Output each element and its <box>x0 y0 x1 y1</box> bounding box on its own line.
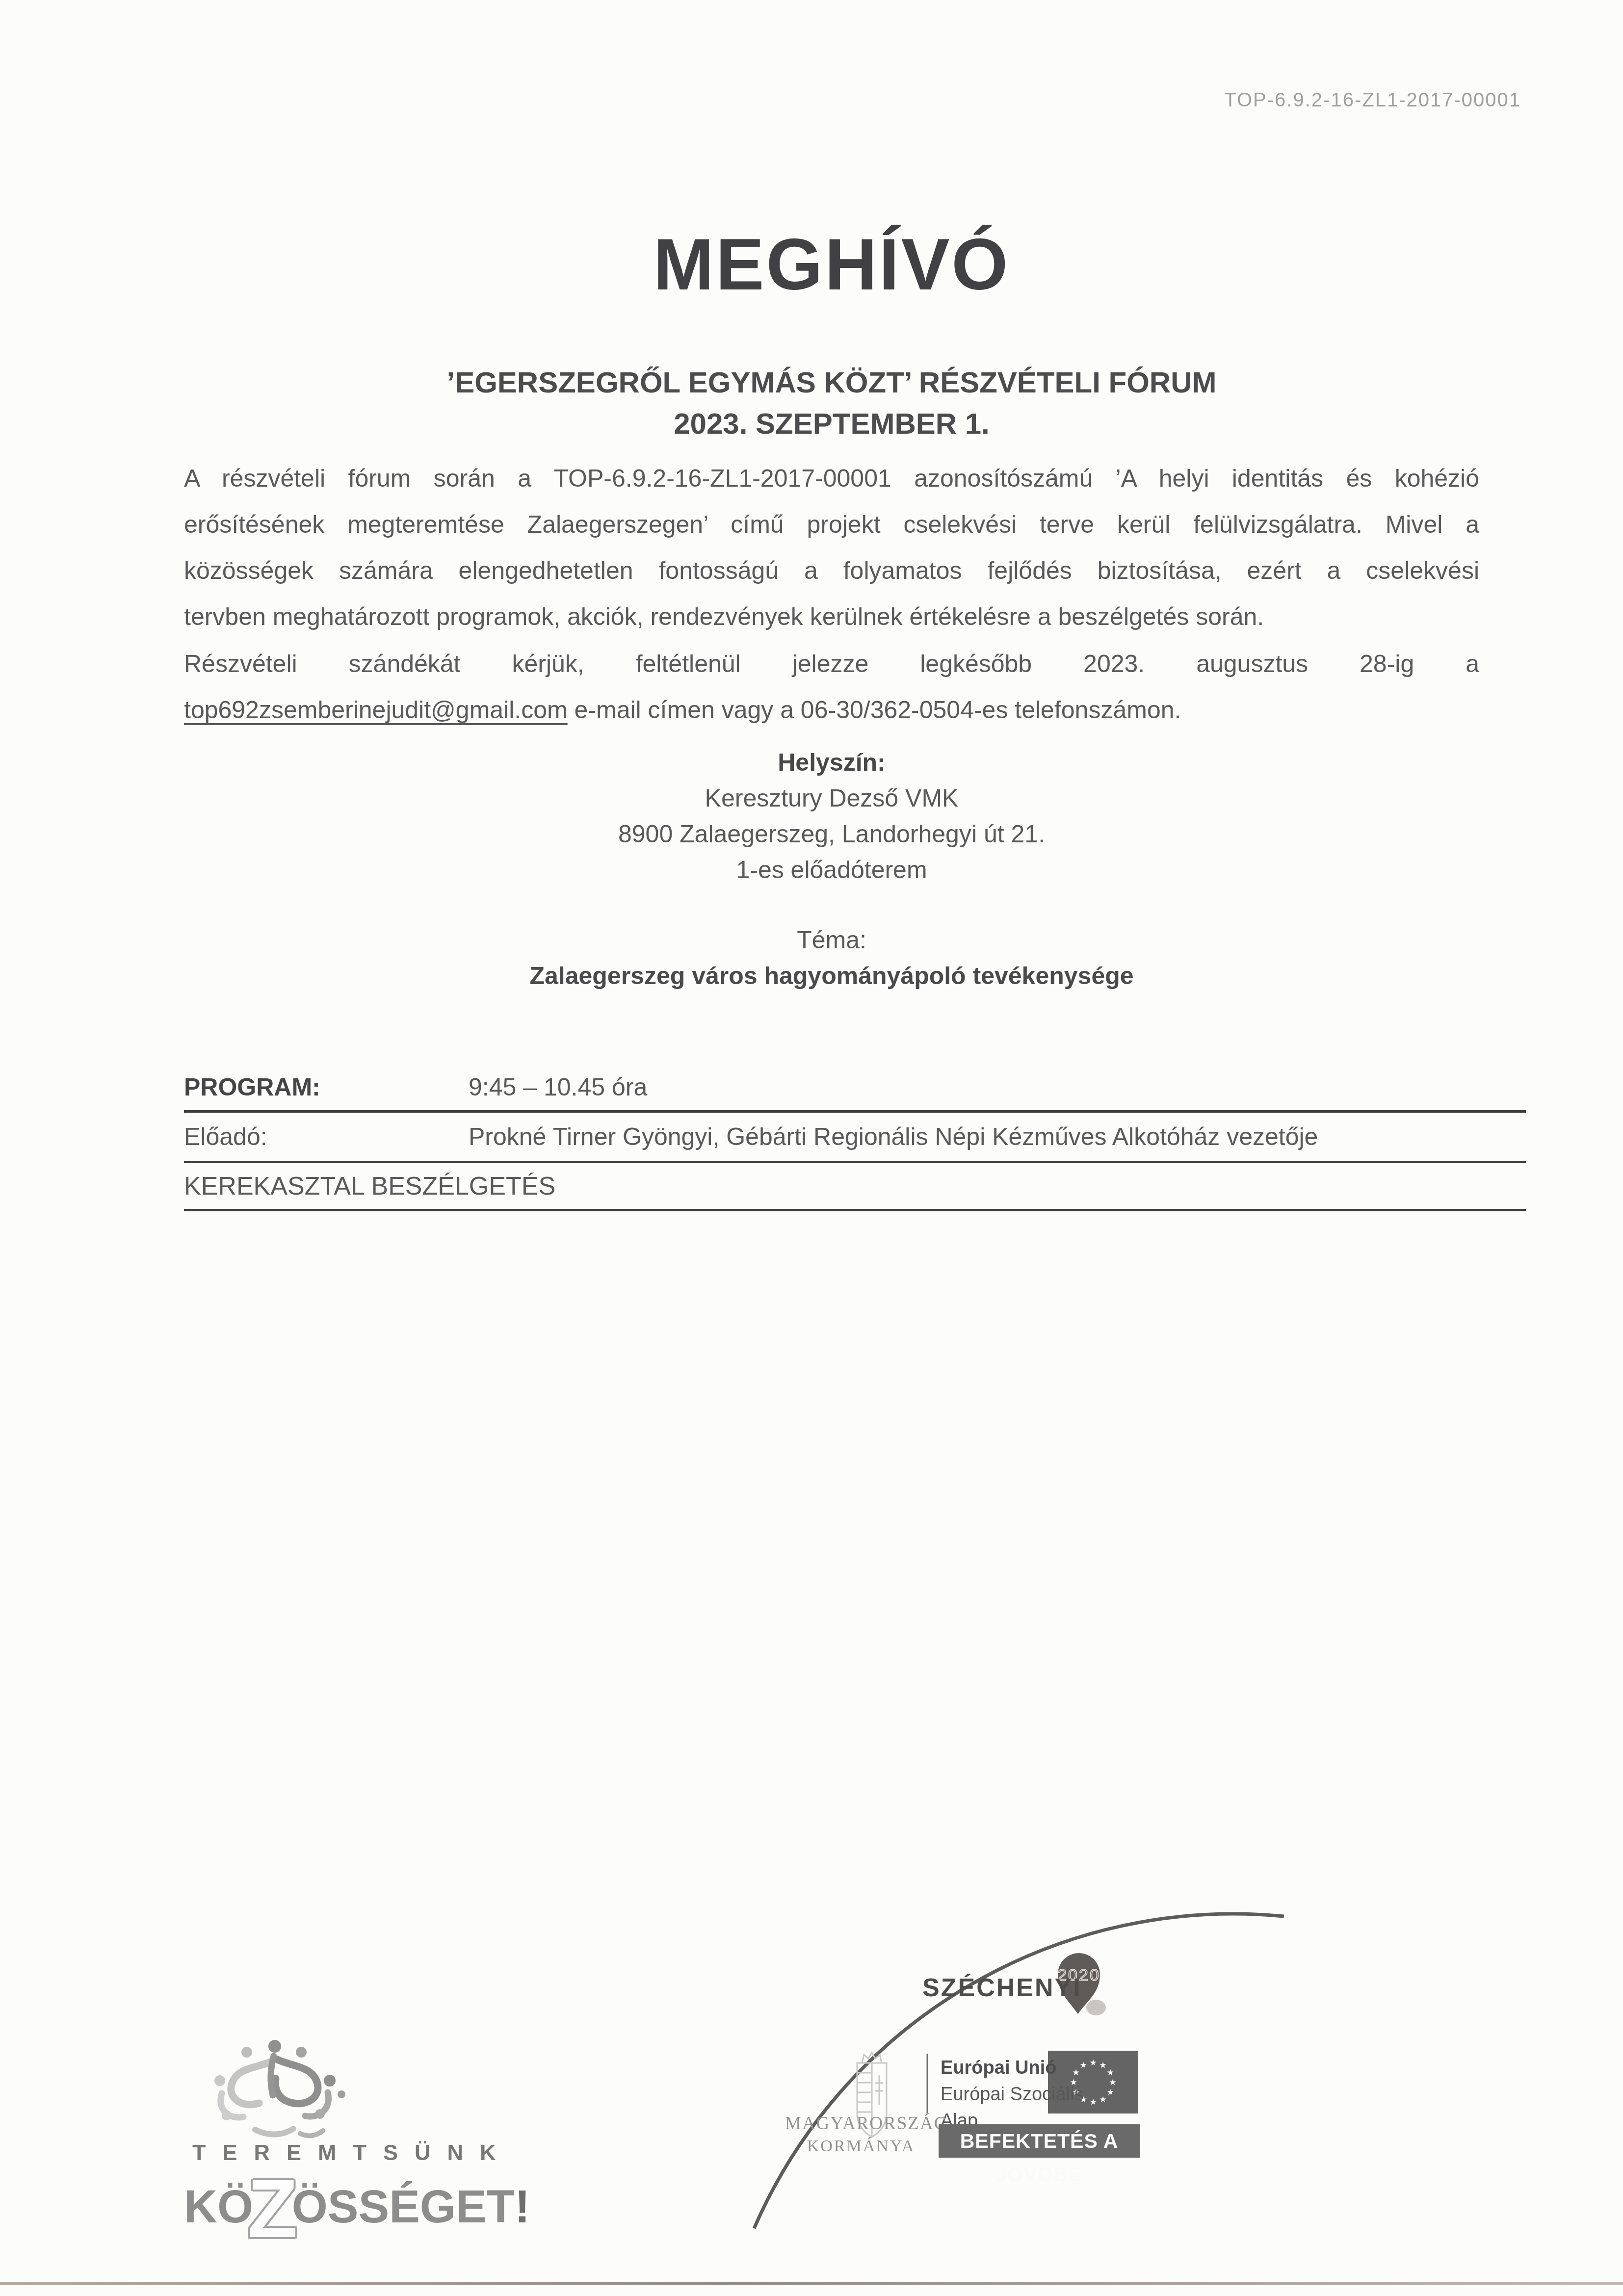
location-block: Helyszín: Keresztury Dezső VMK 8900 Zala… <box>184 745 1479 888</box>
eu-fund-text: Európai Unió Európai Szociális Alap <box>941 2055 1083 2134</box>
table-row: KEREKASZTAL BESZÉLGETÉS <box>184 1163 1526 1211</box>
program-time: 9:45 – 10.45 óra <box>469 1073 647 1101</box>
reference-code: TOP-6.9.2-16-ZL1-2017-00001 <box>1224 89 1521 111</box>
kozosseget-big-z: Z <box>247 2162 298 2256</box>
subtitle-block: ’EGERSZEGRŐL EGYMÁS KÖZT’ RÉSZVÉTELI FÓR… <box>184 362 1479 444</box>
scanned-invitation-page: TOP-6.9.2-16-ZL1-2017-00001 MEGHÍVÓ ’EGE… <box>0 0 1623 2296</box>
location-venue: Keresztury Dezső VMK <box>184 781 1479 816</box>
topic-title: Zalaegerszeg város hagyományápoló tevéke… <box>184 958 1479 994</box>
eu-star-icon: ★ <box>1089 2058 1097 2068</box>
pin-shadow <box>1086 2000 1106 2015</box>
program-table: PROGRAM: 9:45 – 10.45 óra Előadó: Prokné… <box>184 1064 1526 1211</box>
rsvp-paragraph: Részvételi szándékát kérjük, feltétlenül… <box>184 641 1479 733</box>
intro-paragraph: A részvételi fórum során a TOP-6.9.2-16-… <box>184 455 1479 640</box>
government-line: KORMÁNYA <box>785 2135 937 2158</box>
table-row: PROGRAM: 9:45 – 10.45 óra <box>184 1064 1526 1113</box>
eu-star-icon: ★ <box>1099 2095 1106 2105</box>
intro-line: közösségek számára elengedhetetlen fonto… <box>184 548 1479 594</box>
eu-star-icon: ★ <box>1089 2097 1097 2107</box>
intro-line: erősítésének megteremtése Zalaegerszegen… <box>184 501 1479 548</box>
community-logo-main-line: KÖZÖSSÉGET! <box>184 2162 530 2256</box>
eu-star-icon: ★ <box>1106 2068 1114 2078</box>
community-people-icon <box>196 2035 353 2149</box>
page-title: MEGHÍVÓ <box>184 223 1479 307</box>
rsvp-line: top692zsemberinejudit@gmail.com e-mail c… <box>184 687 1479 733</box>
eu-star-icon: ★ <box>1099 2061 1106 2070</box>
program-label: PROGRAM: <box>184 1073 469 1101</box>
eu-star-icon: ★ <box>1109 2078 1116 2087</box>
government-line: MAGYARORSZÁG <box>785 2113 937 2135</box>
intro-line: tervben meghatározott programok, akciók,… <box>184 594 1479 640</box>
table-row: Előadó: Prokné Tirner Gyöngyi, Gébárti R… <box>184 1113 1526 1163</box>
topic-block: Téma: Zalaegerszeg város hagyományápoló … <box>184 922 1479 994</box>
kozosseget-exclamation: ! <box>515 2180 530 2233</box>
rsvp-line: Részvételi szándékát kérjük, feltétlenül… <box>184 641 1479 687</box>
speaker-name: Prokné Tirner Gyöngyi, Gébárti Regionáli… <box>469 1122 1318 1151</box>
location-address: 8900 Zalaegerszeg, Landorhegyi út 21. <box>184 816 1479 852</box>
forum-date: 2023. SZEPTEMBER 1. <box>184 403 1479 444</box>
topic-heading: Téma: <box>184 922 1479 958</box>
program-activity: KEREKASZTAL BESZÉLGETÉS <box>184 1172 555 1201</box>
kozosseget-start: KÖ <box>184 2180 253 2233</box>
kozosseget-end: ÖSSÉGET <box>292 2180 515 2233</box>
investment-banner: BEFEKTETÉS A JÖVŐBE <box>939 2124 1140 2158</box>
rsvp-line-rest: e-mail címen vagy a 06-30/362-0504-es te… <box>568 696 1181 724</box>
scan-edge-line <box>0 2282 1623 2285</box>
eu-fund-line: Európai Szociális <box>941 2081 1083 2108</box>
eu-fund-line: Európai Unió <box>941 2055 1083 2081</box>
email-link[interactable]: top692zsemberinejudit@gmail.com <box>184 696 568 724</box>
intro-line: A részvételi fórum során a TOP-6.9.2-16-… <box>184 455 1479 501</box>
location-heading: Helyszín: <box>184 745 1479 781</box>
eu-star-icon: ★ <box>1106 2087 1114 2097</box>
government-signature: MAGYARORSZÁG KORMÁNYA <box>785 2113 937 2158</box>
location-room: 1-es előadóterem <box>184 852 1479 888</box>
speaker-label: Előadó: <box>184 1122 469 1151</box>
forum-name: ’EGERSZEGRŐL EGYMÁS KÖZT’ RÉSZVÉTELI FÓR… <box>184 362 1479 403</box>
szechenyi-logo-text: SZÉCHENYI <box>922 1973 1082 2003</box>
